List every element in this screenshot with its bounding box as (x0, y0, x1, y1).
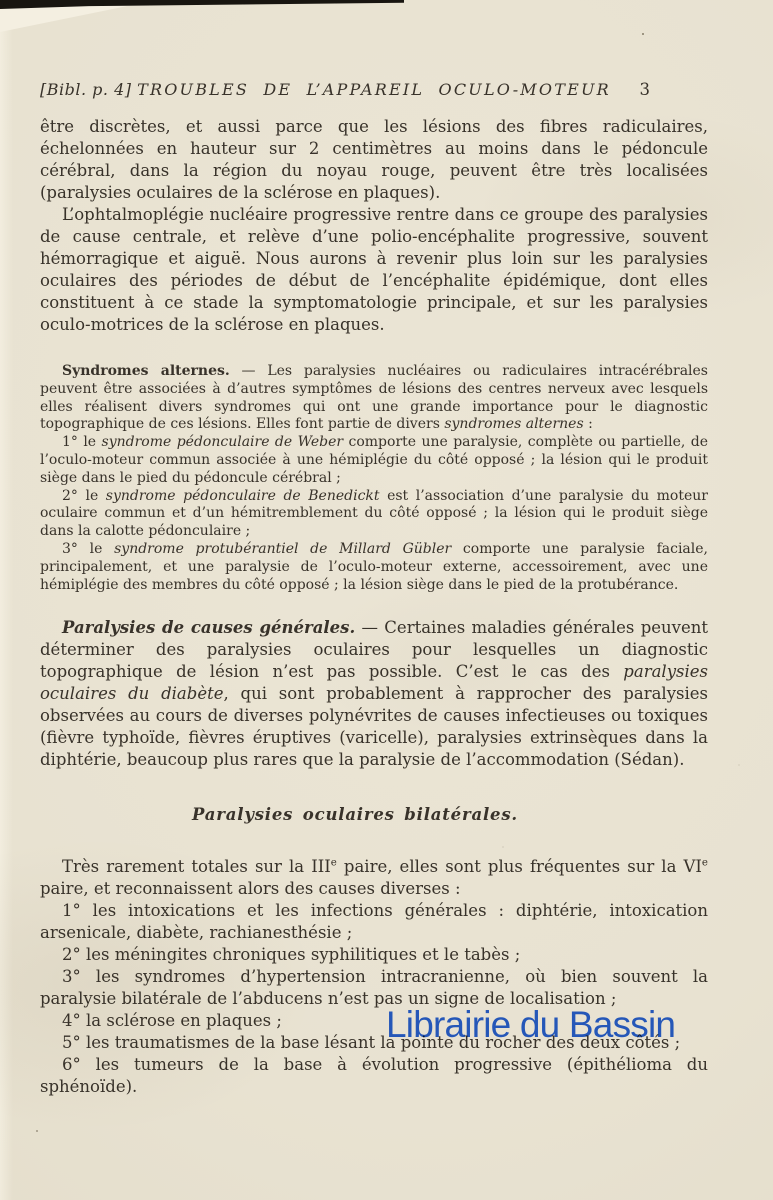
text-segment: être discrètes, et aussi parce que les l… (40, 117, 708, 202)
text-segment: 2° les méningites chroniques syphilitiqu… (62, 945, 520, 964)
text-segment: 3° le (62, 541, 114, 557)
item-1-intoxications: 1° les intoxications et les infections g… (40, 900, 708, 944)
text-segment: syndrome protubérantiel de Millard Güble… (114, 541, 451, 557)
text-segment: paire, elles sont plus fréquentes sur la… (337, 857, 702, 876)
text-segment: Très rarement totales sur la III (62, 857, 331, 876)
text-segment: syndrome pédonculaire de Weber (102, 434, 344, 450)
watermark: Librairie du Bassin (386, 1004, 675, 1046)
text-segment: Paralysies de causes générales. (62, 618, 355, 637)
text-segment: paire, et reconnaissent alors des causes… (40, 879, 461, 898)
paper-specks (642, 33, 644, 35)
text-segment: 4° la sclérose en plaques ; (62, 1011, 282, 1030)
page-text: être discrètes, et aussi parce que les l… (40, 116, 708, 1098)
text-segment: syndrome pédonculaire de Benedickt (106, 488, 380, 504)
para-causes-generales: Paralysies de causes générales. — Certai… (40, 617, 708, 771)
text-segment: 6° les tumeurs de la base à évolution pr… (40, 1055, 708, 1096)
text-segment: e (702, 858, 708, 869)
para-continuation: être discrètes, et aussi parce que les l… (40, 116, 708, 204)
text-segment: syndromes alternes (444, 416, 583, 432)
text-segment: 1° le (62, 434, 102, 450)
item-6-tumeurs: 6° les tumeurs de la base à évolution pr… (40, 1054, 708, 1098)
item-benedickt: 2° le syndrome pédonculaire de Benedickt… (40, 488, 708, 541)
para-tres-rarement: Très rarement totales sur la IIIe paire,… (40, 856, 708, 900)
heading-bilaterales: Paralysies oculaires bilatérales. (40, 804, 708, 826)
text-segment: Syndromes alternes. (62, 363, 230, 379)
item-2-meningites: 2° les méningites chroniques syphilitiqu… (40, 944, 708, 966)
item-millard-gubler: 3° le syndrome protubérantiel de Millard… (40, 541, 708, 594)
page-left-edge (0, 0, 13, 1200)
text-segment: Paralysies oculaires bilatérales. (192, 805, 518, 824)
page-number: 3 (640, 80, 651, 99)
text-segment: 2° le (62, 488, 106, 504)
para-ophtalmoplegie: L’ophtalmoplégie nucléaire progressive r… (40, 204, 708, 336)
running-header: [Bibl. p. 4] TROUBLES DE L’APPAREIL OCUL… (40, 80, 708, 104)
text-segment: L’ophtalmoplégie nucléaire progressive r… (40, 205, 708, 334)
text-segment: 1° les intoxications et les infections g… (40, 901, 708, 942)
bibl-note: [Bibl. p. 4] (40, 80, 131, 99)
text-segment: 3° les syndromes d’hypertension intracra… (40, 967, 708, 1008)
item-weber: 1° le syndrome pédonculaire de Weber com… (40, 434, 708, 487)
text-segment: : (584, 416, 593, 432)
book-page: [Bibl. p. 4] TROUBLES DE L’APPAREIL OCUL… (0, 0, 773, 1200)
para-syndromes-alternes: Syndromes alternes. — Les paralysies nuc… (40, 363, 708, 434)
running-title: TROUBLES DE L’APPAREIL OCULO-MOTEUR (137, 80, 611, 99)
page-top-edge-light (0, 5, 132, 32)
